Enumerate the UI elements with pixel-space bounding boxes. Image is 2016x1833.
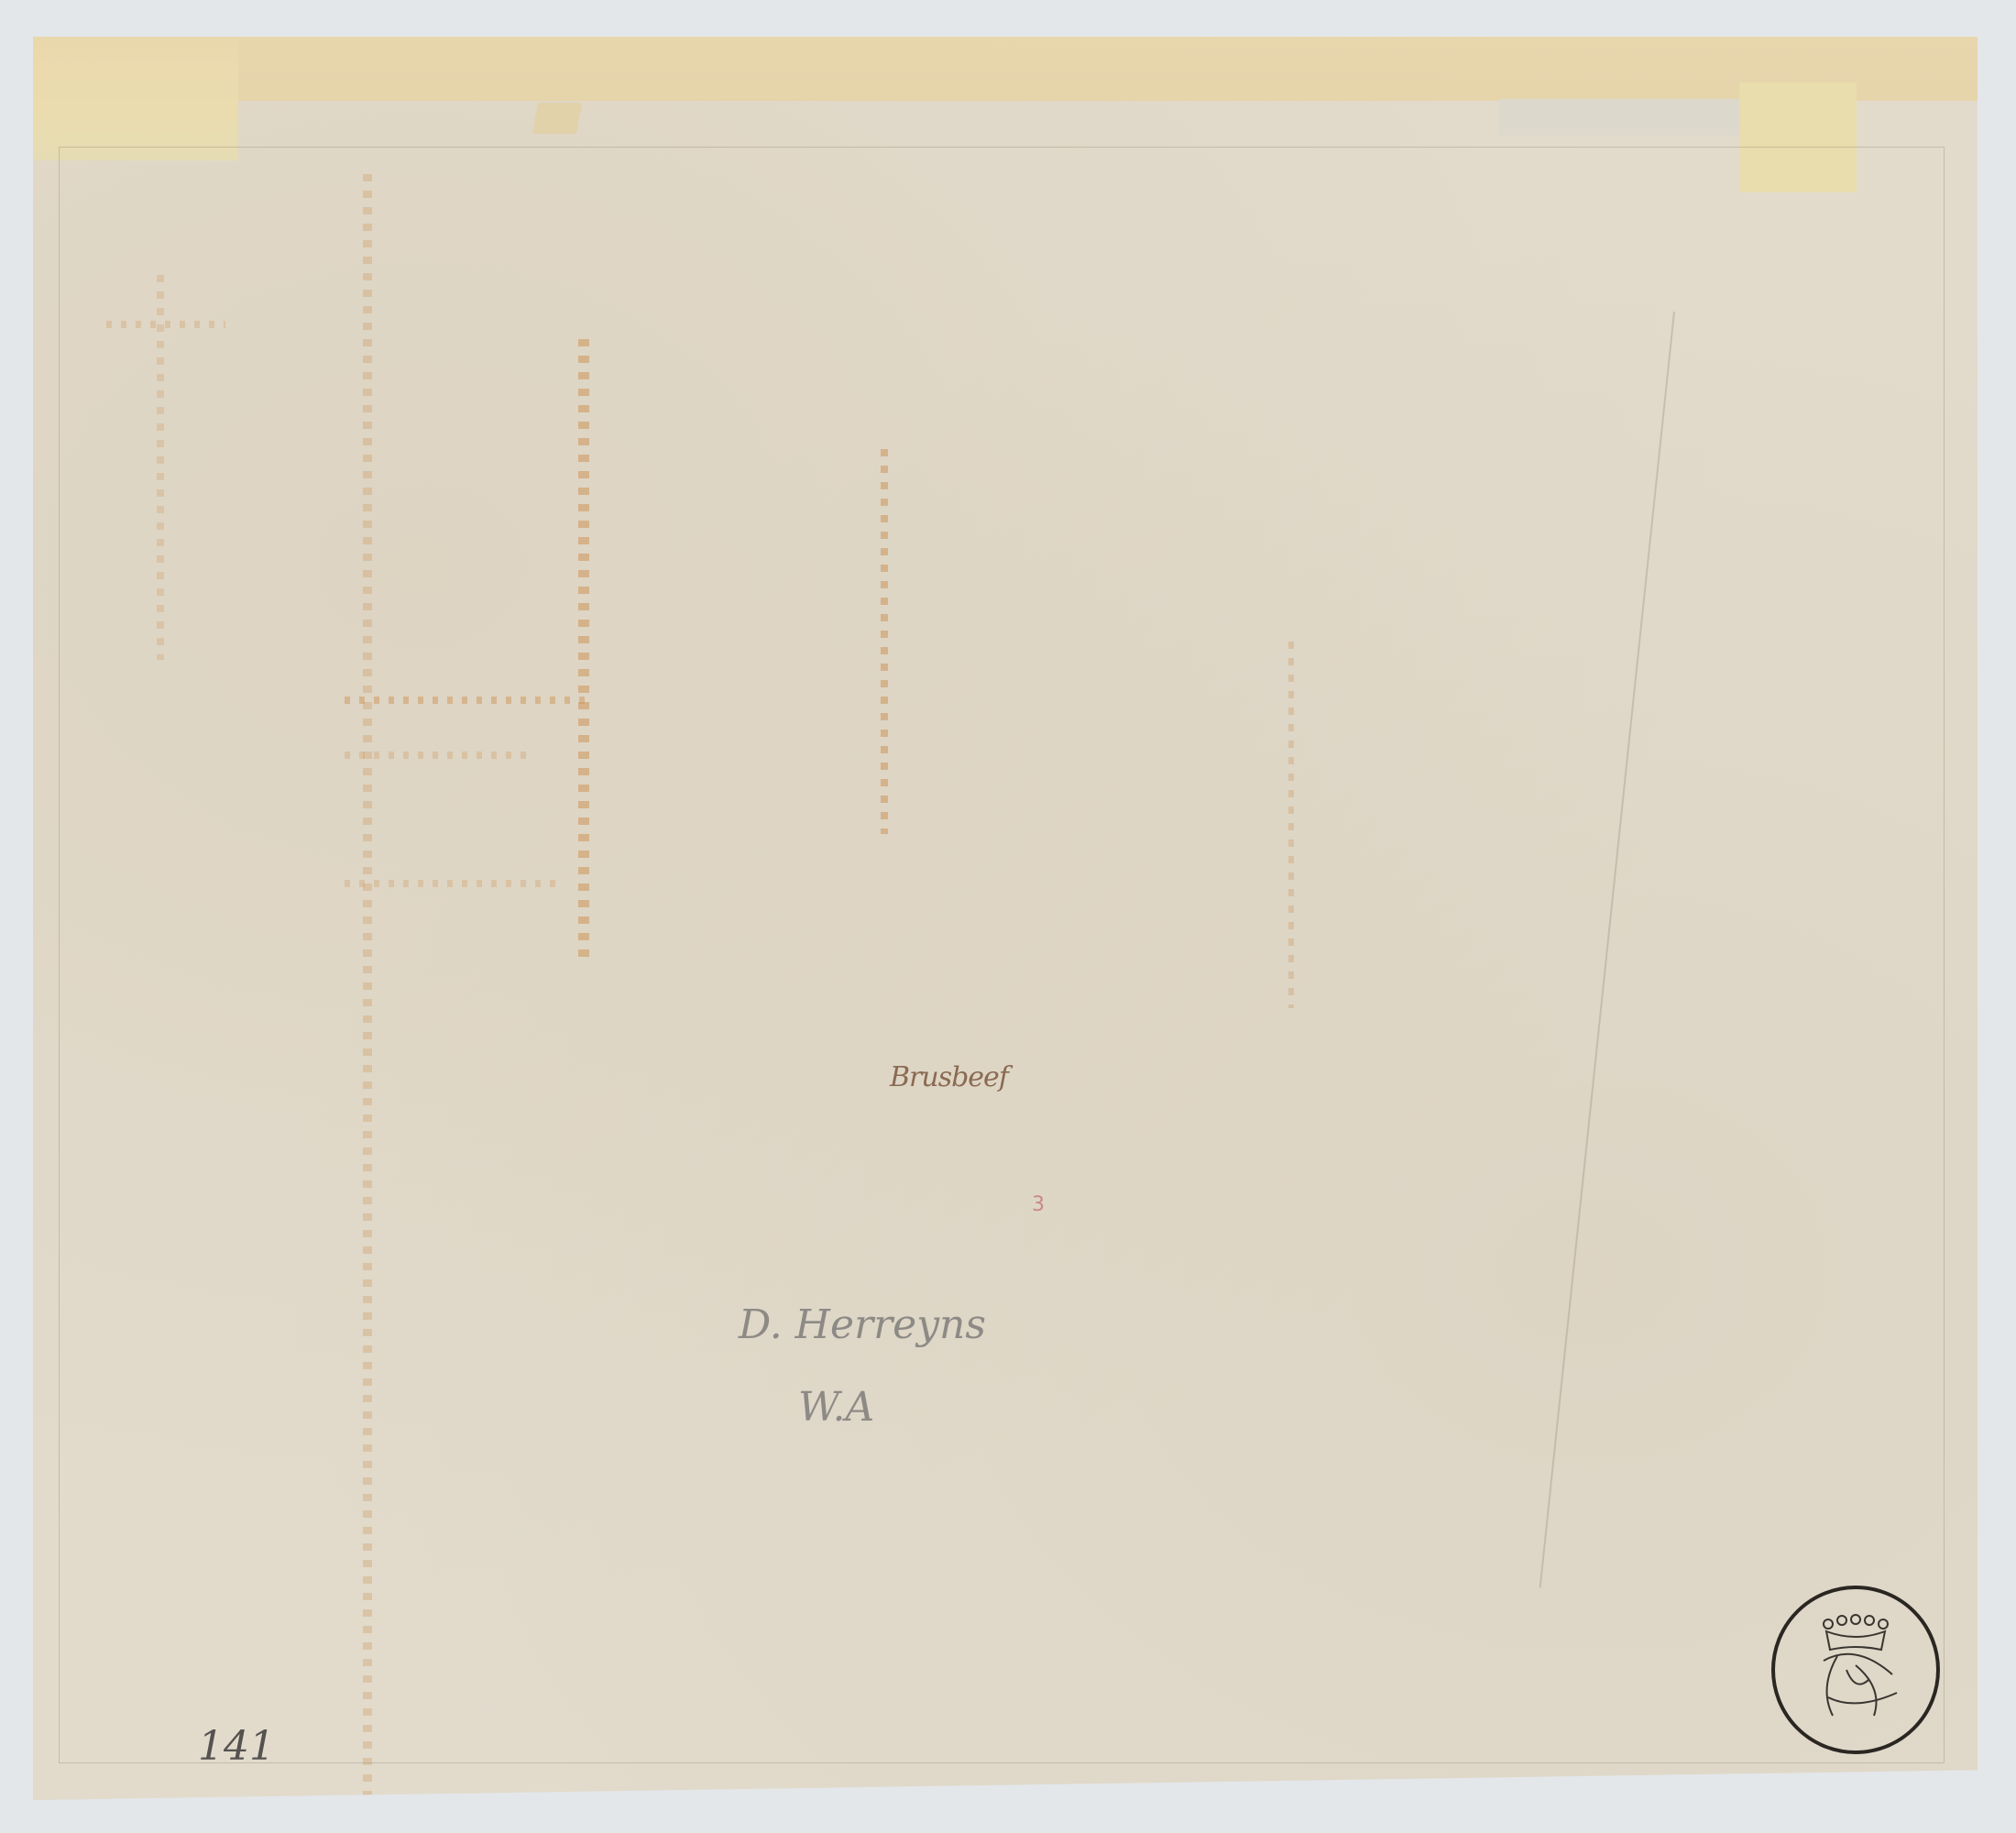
foxing-stain — [106, 321, 225, 328]
tape-hinge-top — [33, 37, 1978, 101]
foxing-stain — [345, 752, 528, 759]
tape-residue — [1499, 99, 1739, 136]
red-pencil-mark: 3 — [1032, 1193, 1045, 1216]
inventory-number: 141 — [198, 1723, 275, 1770]
tape-hinge-left — [33, 37, 238, 160]
plate-border-line — [59, 147, 1945, 1763]
foxing-stain — [345, 697, 592, 704]
pencil-attribution: D. Herreyns — [739, 1301, 986, 1348]
brown-ink-inscription: Brusbeef — [890, 1061, 1008, 1093]
pencil-note: W.A — [798, 1384, 874, 1431]
foxing-stain — [345, 880, 564, 887]
foxing-stain — [363, 174, 372, 1824]
paper-sheet: Brusbeef 3 D. Herreyns W.A 141 — [33, 37, 1978, 1800]
coronet-monogram-icon — [1764, 1578, 1947, 1762]
foxing-stain — [881, 449, 888, 834]
foxing-stain — [1288, 642, 1294, 1008]
tape-tab — [532, 103, 582, 134]
foxing-stain — [578, 339, 589, 962]
foxing-stain — [157, 275, 164, 660]
